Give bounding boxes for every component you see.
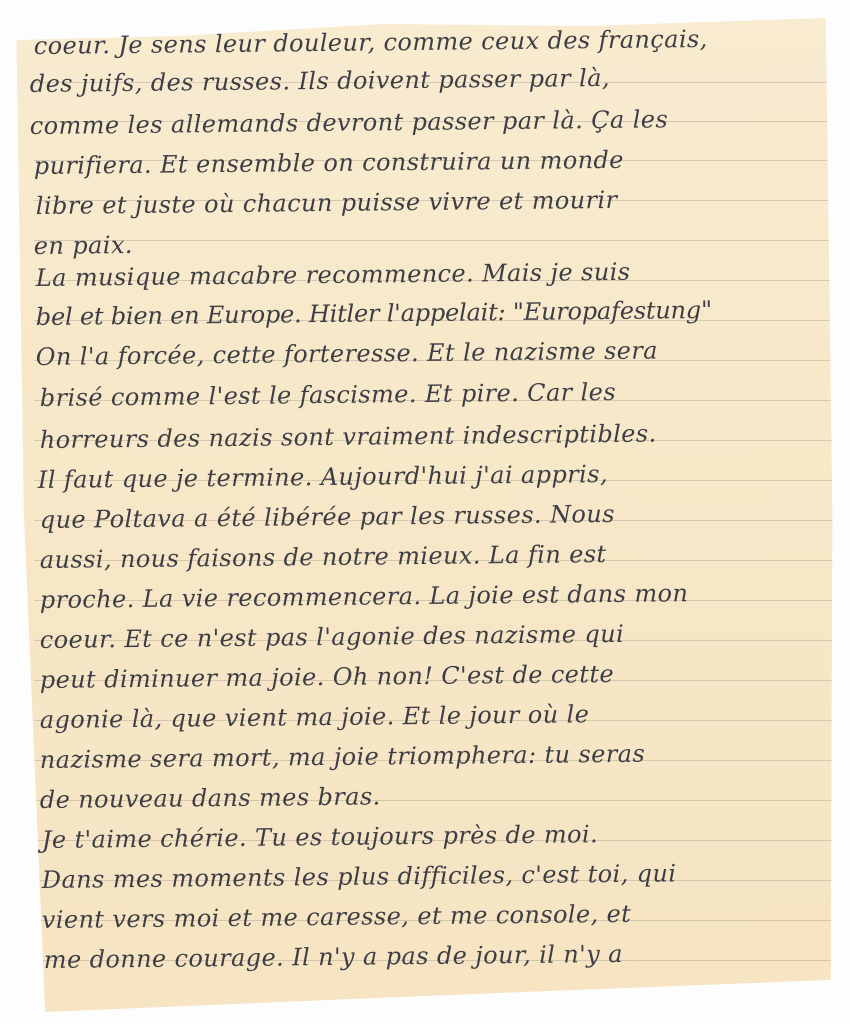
letter-line: Il faut que je termine. Aujourd'hui j'ai… [38, 460, 608, 494]
ruled-line [34, 240, 834, 241]
letter-line: Je t'aime chérie. Tu es toujours près de… [42, 820, 598, 854]
letter-line: de nouveau dans mes bras. [40, 782, 381, 814]
letter-line: en paix. [34, 231, 133, 260]
letter-line: agonie là, que vient ma joie. Et le jour… [40, 700, 590, 734]
scanned-page: coeur. Je sens leur douleur, comme ceux … [0, 0, 850, 1024]
letter-line: aussi, nous faisons de notre mieux. La f… [40, 540, 607, 574]
